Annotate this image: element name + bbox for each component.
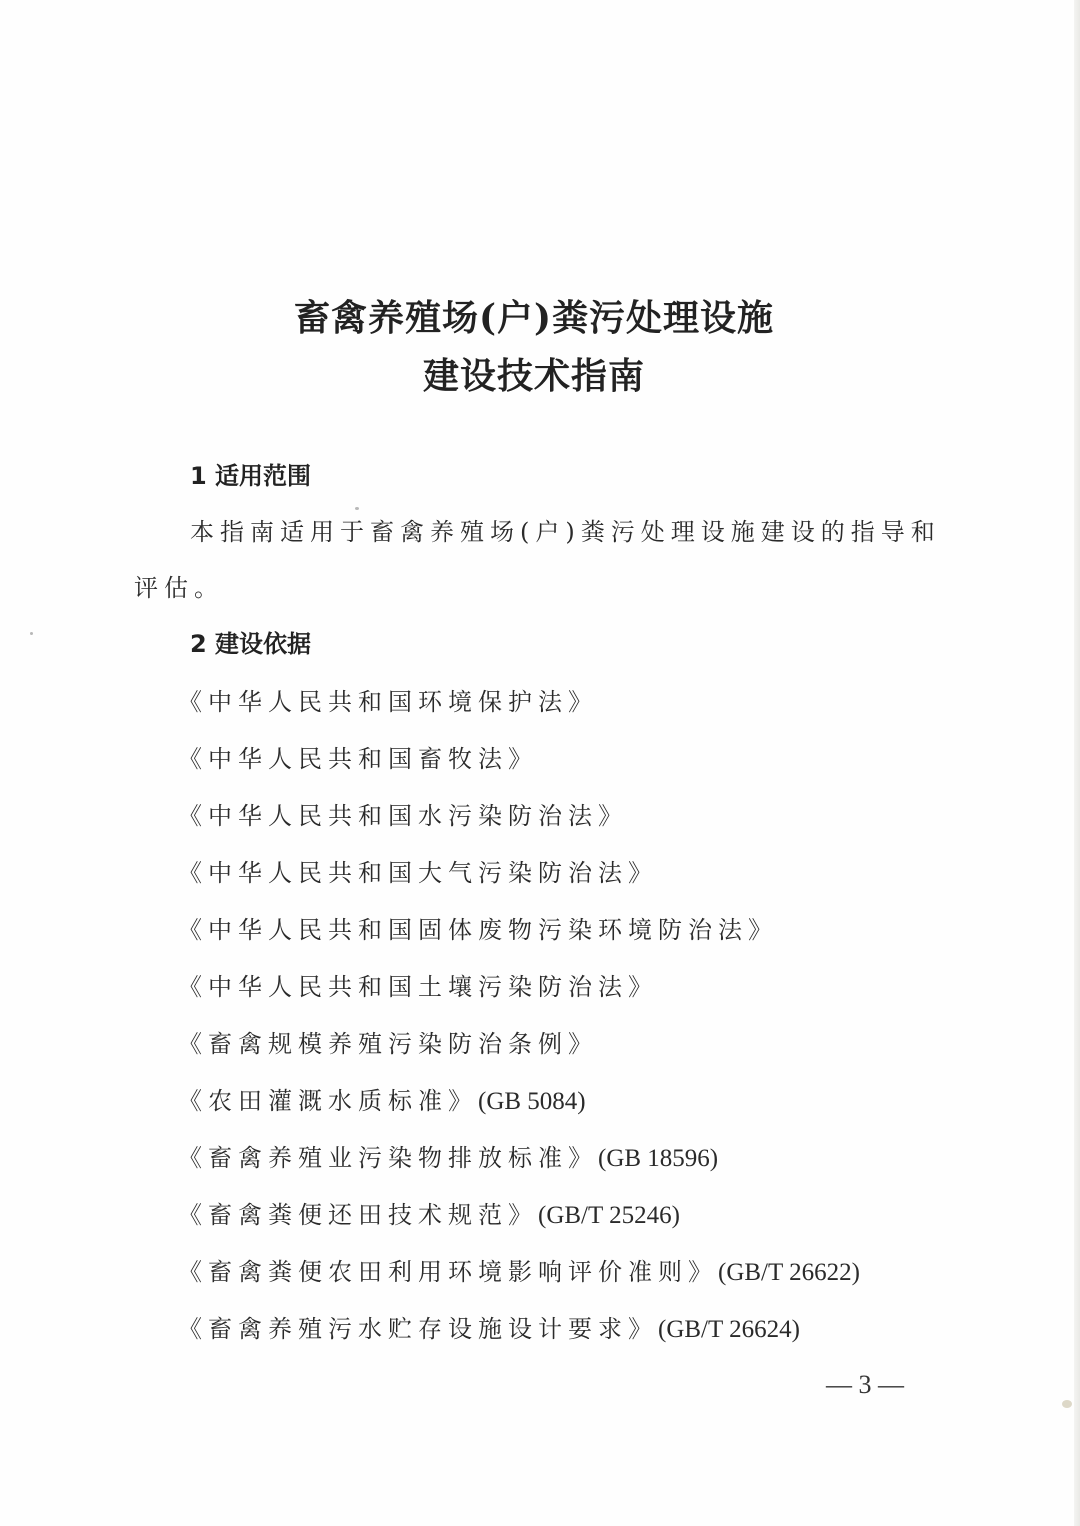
reference-code: (GB 18596) xyxy=(598,1145,718,1172)
reference-title: 《中华人民共和国水污染防治法》 xyxy=(178,802,628,830)
reference-item: 《中华人民共和国土壤污染防治法》 xyxy=(178,967,658,1002)
section-heading-basis: 2 建设依据 xyxy=(190,624,311,659)
reference-title: 《畜禽养殖污水贮存设施设计要求》 xyxy=(178,1315,658,1343)
scan-speck xyxy=(355,507,359,510)
reference-title: 《中华人民共和国大气污染防治法》 xyxy=(178,859,658,887)
reference-item: 《中华人民共和国水污染防治法》 xyxy=(178,796,628,831)
reference-code: (GB/T 25246) xyxy=(538,1202,680,1229)
reference-item: 《农田灌溉水质标准》(GB 5084) xyxy=(178,1081,586,1116)
scan-speck xyxy=(30,632,33,635)
reference-item: 《畜禽粪便农田利用环境影响评价准则》(GB/T 26622) xyxy=(178,1252,860,1287)
reference-title: 《畜禽养殖业污染物排放标准》 xyxy=(178,1144,598,1172)
reference-item: 《中华人民共和国大气污染防治法》 xyxy=(178,853,658,888)
reference-item: 《中华人民共和国环境保护法》 xyxy=(178,682,598,717)
section-heading-scope: 1 适用范围 xyxy=(190,456,311,491)
reference-title: 《中华人民共和国固体废物污染环境防治法》 xyxy=(178,916,778,944)
document-page: 畜禽养殖场(户)粪污处理设施 建设技术指南 1 适用范围 本指南适用于畜禽养殖场… xyxy=(0,0,1080,1526)
scope-paragraph-line2: 评估。 xyxy=(134,568,224,603)
reference-code: (GB 5084) xyxy=(478,1088,586,1115)
reference-title: 《中华人民共和国畜牧法》 xyxy=(178,745,538,773)
reference-item: 《中华人民共和国固体废物污染环境防治法》 xyxy=(178,910,778,945)
reference-item: 《畜禽养殖业污染物排放标准》(GB 18596) xyxy=(178,1138,718,1173)
reference-title: 《畜禽粪便农田利用环境影响评价准则》 xyxy=(178,1258,718,1286)
reference-code: (GB/T 26622) xyxy=(718,1259,860,1286)
reference-title: 《中华人民共和国土壤污染防治法》 xyxy=(178,973,658,1001)
document-title-line2: 建设技术指南 xyxy=(0,348,1074,399)
reference-code: (GB/T 26624) xyxy=(658,1316,800,1343)
scope-paragraph-line1: 本指南适用于畜禽养殖场(户)粪污处理设施建设的指导和 xyxy=(190,512,941,547)
reference-item: 《中华人民共和国畜牧法》 xyxy=(178,739,538,774)
reference-title: 《畜禽规模养殖污染防治条例》 xyxy=(178,1030,598,1058)
document-title-line1: 畜禽养殖场(户)粪污处理设施 xyxy=(0,290,1074,341)
page-edge-shadow xyxy=(1074,0,1080,1526)
scan-speck xyxy=(1062,1400,1072,1408)
page-number: — 3 — xyxy=(826,1370,904,1400)
reference-title: 《农田灌溉水质标准》 xyxy=(178,1087,478,1115)
reference-title: 《中华人民共和国环境保护法》 xyxy=(178,688,598,716)
reference-item: 《畜禽粪便还田技术规范》(GB/T 25246) xyxy=(178,1195,680,1230)
reference-item: 《畜禽规模养殖污染防治条例》 xyxy=(178,1024,598,1059)
reference-item: 《畜禽养殖污水贮存设施设计要求》(GB/T 26624) xyxy=(178,1309,800,1344)
reference-title: 《畜禽粪便还田技术规范》 xyxy=(178,1201,538,1229)
